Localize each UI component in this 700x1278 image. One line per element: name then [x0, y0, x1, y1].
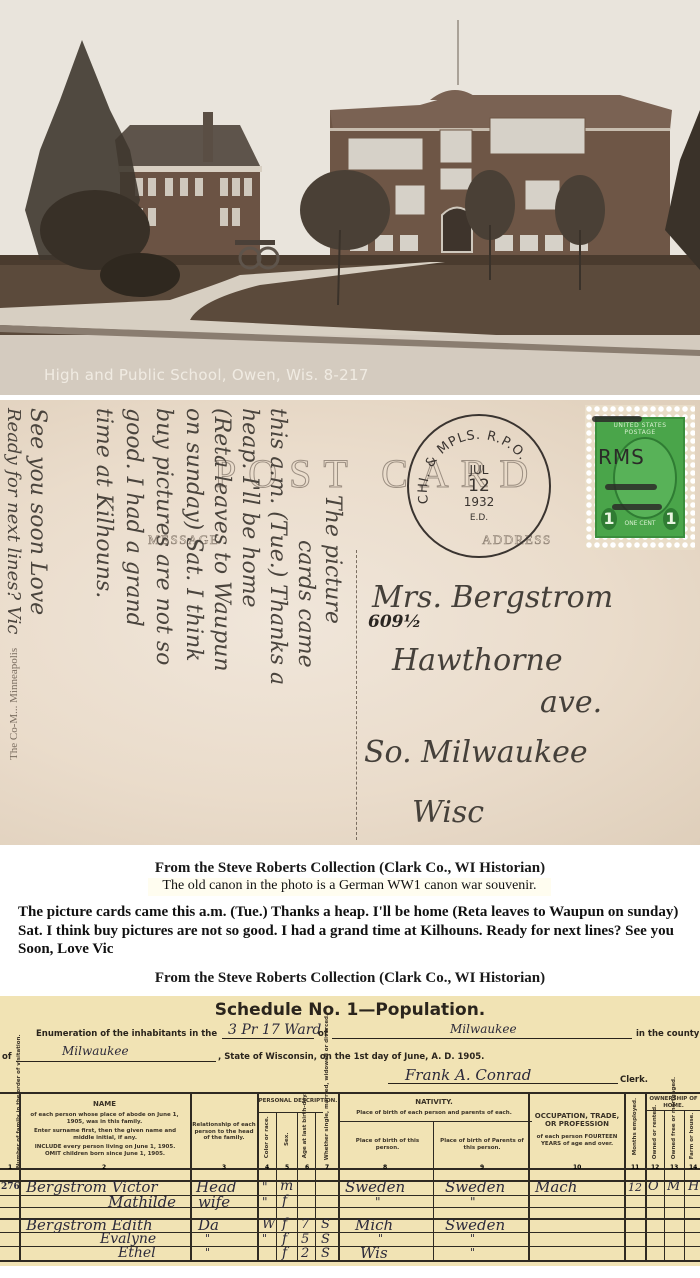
header-birth-parents: Place of birth of Parents of this person…	[438, 1138, 526, 1151]
census-title: Schedule No. 1—Population.	[0, 1000, 700, 1020]
header-name-instr: Enter surname first, then the given name…	[30, 1128, 180, 1141]
message-line: buy pictures are not so	[151, 408, 176, 665]
postage-stamp: UNITED STATES POSTAGE 1 1 ONE CENT	[585, 405, 695, 550]
message-line: The picture	[320, 495, 345, 624]
stamp-body: UNITED STATES POSTAGE 1 1 ONE CENT	[595, 417, 685, 538]
postmark-bottom: E.D.	[409, 510, 549, 526]
header-name-incl: INCLUDE every person living on June 1, 1…	[30, 1144, 180, 1157]
message-line: on sunday) Sat. I think	[181, 408, 206, 661]
census-city: Milwaukee	[450, 1022, 517, 1036]
header-occupation-desc: of each person FOURTEEN YEARS of age and…	[534, 1134, 620, 1147]
postmark-year: 1932	[409, 494, 549, 510]
header-farm: Farm or house.	[689, 1115, 696, 1159]
stamp-value-left: 1	[601, 508, 617, 530]
postmark-date: JUL 12 1932 E.D.	[409, 462, 549, 526]
header-nativity: NATIVITY.	[340, 1098, 528, 1106]
stamp-cancel-text: RMS	[598, 445, 645, 469]
header-name-desc: of each person whose place of abode on J…	[22, 1112, 187, 1125]
header-birth-person: Place of birth of this person.	[345, 1138, 430, 1151]
school-photo-illustration	[0, 0, 700, 395]
message-line: time at Kilhouns.	[91, 408, 116, 598]
page-bottom-margin	[0, 1266, 700, 1278]
header-months: Months employed.	[632, 1107, 639, 1155]
clerk-label: Clerk.	[620, 1075, 648, 1085]
clerk-signature: Frank A. Conrad	[405, 1066, 531, 1084]
header-age: Age at last birth-day.	[302, 1120, 309, 1158]
message-transcription: The picture cards came this a.m. (Tue.) …	[18, 903, 698, 959]
message-line: Ready for next lines? Vic	[3, 408, 24, 634]
cancel-bar	[612, 504, 662, 510]
postmark: CHI. & MPLS. R.P.O. JUL 12 1932 E.D.	[407, 414, 551, 558]
header-relationship: Relationship of each person to the head …	[192, 1122, 256, 1142]
header-name: NAME	[22, 1100, 187, 1108]
header-occupation: OCCUPATION, TRADE, OR PROFESSION	[530, 1112, 624, 1128]
collection-credit: From the Steve Roberts Collection (Clark…	[0, 860, 700, 877]
message-line: heap. I'll be home	[237, 408, 262, 608]
census-ward: 3 Pr 17 Ward	[228, 1022, 321, 1038]
message-line: (Reta leaves to Waupun	[209, 408, 234, 672]
cancel-bar	[605, 484, 657, 490]
census-line-1-suffix: in the county	[636, 1029, 699, 1039]
cannon-note: The old canon in the photo is a German W…	[148, 878, 551, 896]
address-city: So. Milwaukee	[364, 735, 588, 770]
message-line: this a.m. (Tue.) Thanks a	[265, 408, 290, 685]
header-marital: Whether single, married, widowed or divo…	[324, 1118, 331, 1160]
census-line-2-suffix: , State of Wisconsin, on the 1st day of …	[218, 1052, 484, 1062]
message-line: See you soon Love	[25, 408, 50, 615]
collection-credit-2: From the Steve Roberts Collection (Clark…	[0, 970, 700, 987]
address-ave: ave.	[540, 685, 602, 720]
message-line: cards came	[293, 540, 318, 668]
census-line-2-of: of	[2, 1052, 12, 1062]
school-photo: High and Public School, Owen, Wis. 8-217	[0, 0, 700, 395]
census-line-1-prefix: Enumeration of the inhabitants in the	[36, 1029, 217, 1039]
stamp-bottom-text: ONE CENT	[617, 520, 663, 530]
address-street: Hawthorne	[392, 643, 563, 678]
header-color: Color or race.	[264, 1120, 271, 1158]
header-nativity-desc: Place of birth of each person and parent…	[340, 1110, 528, 1117]
header-owned: Owned or rented.	[652, 1115, 659, 1159]
address-number: 609½	[368, 612, 421, 632]
postmark-day: 12	[409, 478, 549, 494]
header-free: Owned free or mortgaged.	[671, 1115, 678, 1159]
stamp-value-right: 1	[663, 508, 679, 530]
header-sex: Sex.	[284, 1120, 291, 1158]
header-family-number: Number of family in the order of visitat…	[16, 1086, 23, 1168]
postcard-divider	[356, 550, 357, 840]
address-state: Wisc	[412, 795, 484, 830]
publisher-imprint: The Co-M... Minneapolis	[8, 648, 20, 760]
cancel-bar	[592, 416, 642, 422]
address-name: Mrs. Bergstrom	[372, 580, 613, 615]
photo-caption: High and Public School, Owen, Wis. 8-217	[44, 366, 369, 384]
message-line: good. I had a grand	[121, 408, 146, 627]
census-county: Milwaukee	[62, 1044, 129, 1058]
stamp-top-text: UNITED STATES POSTAGE	[601, 422, 679, 431]
